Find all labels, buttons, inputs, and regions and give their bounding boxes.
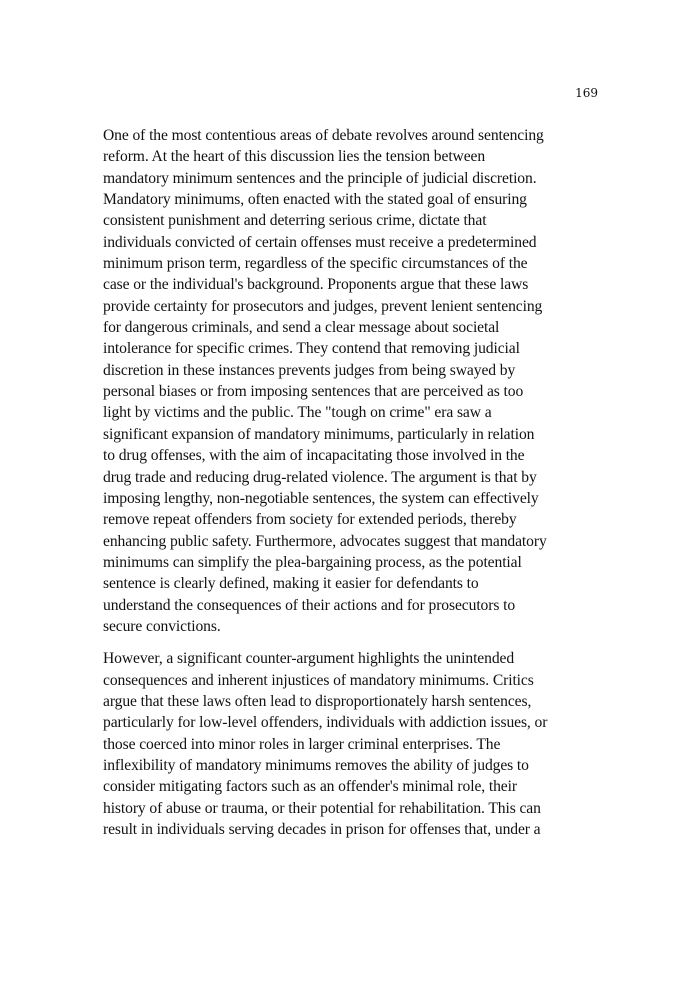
- text-line: remove repeat offenders from society for…: [103, 509, 603, 530]
- text-line: argue that these laws often lead to disp…: [103, 691, 603, 712]
- text-line: Mandatory minimums, often enacted with t…: [103, 189, 603, 210]
- text-line: mandatory minimum sentences and the prin…: [103, 168, 603, 189]
- text-line: history of abuse or trauma, or their pot…: [103, 798, 603, 819]
- text-line: secure convictions.: [103, 616, 603, 637]
- text-line: consistent punishment and deterring seri…: [103, 210, 603, 231]
- text-line: result in individuals serving decades in…: [103, 819, 603, 840]
- text-line: enhancing public safety. Furthermore, ad…: [103, 531, 603, 552]
- text-line: sentence is clearly defined, making it e…: [103, 573, 603, 594]
- text-line: provide certainty for prosecutors and ju…: [103, 296, 603, 317]
- text-line: significant expansion of mandatory minim…: [103, 424, 603, 445]
- text-line: However, a significant counter-argument …: [103, 648, 603, 669]
- text-line: minimums can simplify the plea-bargainin…: [103, 552, 603, 573]
- text-line: understand the consequences of their act…: [103, 595, 603, 616]
- text-line: consequences and inherent injustices of …: [103, 670, 603, 691]
- text-line: light by victims and the public. The "to…: [103, 402, 603, 423]
- text-line: particularly for low-level offenders, in…: [103, 712, 603, 733]
- body-text: One of the most contentious areas of deb…: [103, 125, 603, 840]
- text-line: discretion in these instances prevents j…: [103, 360, 603, 381]
- page-number: 169: [560, 86, 598, 100]
- text-line: to drug offenses, with the aim of incapa…: [103, 445, 603, 466]
- text-line: imposing lengthy, non-negotiable sentenc…: [103, 488, 603, 509]
- text-line: One of the most contentious areas of deb…: [103, 125, 603, 146]
- text-line: drug trade and reducing drug-related vio…: [103, 467, 603, 488]
- paragraph-counter-argument: However, a significant counter-argument …: [103, 648, 603, 840]
- text-line: reform. At the heart of this discussion …: [103, 146, 603, 167]
- text-line: inflexibility of mandatory minimums remo…: [103, 755, 603, 776]
- text-line: consider mitigating factors such as an o…: [103, 776, 603, 797]
- document-page: 169 One of the most contentious areas of…: [0, 0, 699, 992]
- text-line: for dangerous criminals, and send a clea…: [103, 317, 603, 338]
- text-line: those coerced into minor roles in larger…: [103, 734, 603, 755]
- text-line: individuals convicted of certain offense…: [103, 232, 603, 253]
- text-line: case or the individual's background. Pro…: [103, 274, 603, 295]
- text-line: intolerance for specific crimes. They co…: [103, 338, 603, 359]
- text-line: personal biases or from imposing sentenc…: [103, 381, 603, 402]
- text-line: minimum prison term, regardless of the s…: [103, 253, 603, 274]
- paragraph-mandatory-minimums-proponents: One of the most contentious areas of deb…: [103, 125, 603, 637]
